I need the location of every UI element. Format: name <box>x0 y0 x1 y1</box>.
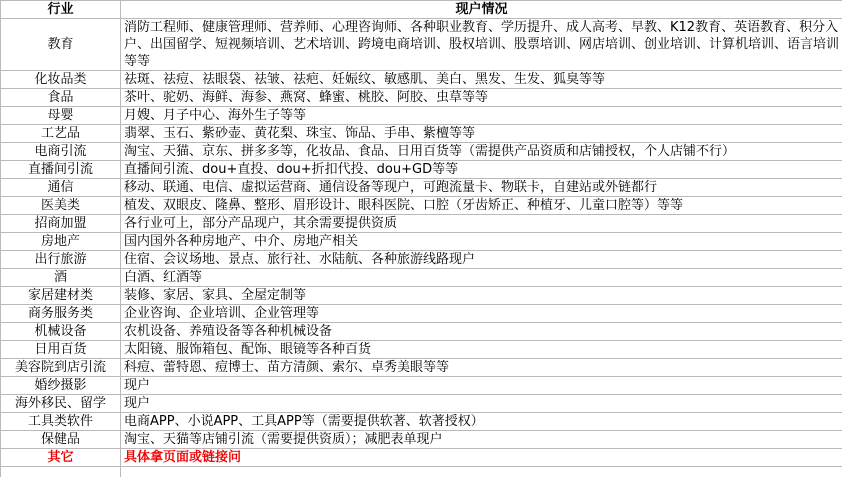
situation-cell[interactable]: 太阳镜、服饰箱包、配饰、眼镜等各种百货 <box>121 341 842 359</box>
table-row: 商务服务类企业咨询、企业培训、企业管理等 <box>1 305 842 323</box>
industry-cell[interactable]: 日用百货 <box>1 341 121 359</box>
situation-cell[interactable]: 翡翠、玉石、紫砂壶、黄花梨、珠宝、饰品、手串、紫檀等等 <box>121 125 842 143</box>
table-row: 日用百货太阳镜、服饰箱包、配饰、眼镜等各种百货 <box>1 341 842 359</box>
industry-cell[interactable]: 保健品 <box>1 431 121 449</box>
industry-cell[interactable]: 机械设备 <box>1 323 121 341</box>
situation-cell[interactable]: 淘宝、天猫、京东、拼多多等，化妆品、食品、日用百货等（需提供产品资质和店铺授权，… <box>121 143 842 161</box>
table-row: 婚纱摄影现户 <box>1 377 842 395</box>
situation-cell[interactable]: 淘宝、天猫等店铺引流（需要提供资质）；减肥表单现户 <box>121 431 842 449</box>
industry-cell[interactable]: 教育 <box>1 19 121 71</box>
situation-cell[interactable]: 月嫂、月子中心、海外生子等等 <box>121 107 842 125</box>
table-row: 化妆品类祛斑、祛痘、祛眼袋、祛皱、祛疤、妊娠纹、敏感肌、美白、黑发、生发、狐臭等… <box>1 71 842 89</box>
situation-cell[interactable]: 科痘、蕾特恩、痘博士、苗方清颜、索尔、卓秀美眼等等 <box>121 359 842 377</box>
table-row: 食品茶叶、驼奶、海鲜、海参、燕窝、蜂蜜、桃胶、阿胶、虫草等等 <box>1 89 842 107</box>
table-row: 工具类软件电商APP、小说APP、工具APP等（需要提供软著、软著授权） <box>1 413 842 431</box>
table-row: 教育消防工程师、健康管理师、营养师、心理咨询师、各种职业教育、学历提升、成人高考… <box>1 19 842 71</box>
situation-cell[interactable]: 各行业可上，部分产品现户，其余需要提供资质 <box>121 215 842 233</box>
industry-cell[interactable]: 出行旅游 <box>1 251 121 269</box>
table-row: 工艺品翡翠、玉石、紫砂壶、黄花梨、珠宝、饰品、手串、紫檀等等 <box>1 125 842 143</box>
situation-cell[interactable]: 直播间引流、dou+直投、dou+折扣代投、dou+GD等等 <box>121 161 842 179</box>
situation-cell[interactable]: 农机设备、养殖设备等各种机械设备 <box>121 323 842 341</box>
industry-cell[interactable]: 电商引流 <box>1 143 121 161</box>
industry-table: 行业 现户情况 教育消防工程师、健康管理师、营养师、心理咨询师、各种职业教育、学… <box>0 0 842 467</box>
table-row: 招商加盟各行业可上，部分产品现户，其余需要提供资质 <box>1 215 842 233</box>
table-row: 海外移民、留学现户 <box>1 395 842 413</box>
situation-cell[interactable]: 企业咨询、企业培训、企业管理等 <box>121 305 842 323</box>
table-row: 电商引流淘宝、天猫、京东、拼多多等，化妆品、食品、日用百货等（需提供产品资质和店… <box>1 143 842 161</box>
situation-cell[interactable]: 住宿、会议场地、景点、旅行社、水陆航、各种旅游线路现户 <box>121 251 842 269</box>
header-situation: 现户情况 <box>121 1 842 19</box>
industry-cell[interactable]: 食品 <box>1 89 121 107</box>
industry-cell[interactable]: 化妆品类 <box>1 71 121 89</box>
situation-cell[interactable]: 茶叶、驼奶、海鲜、海参、燕窝、蜂蜜、桃胶、阿胶、虫草等等 <box>121 89 842 107</box>
industry-cell[interactable]: 酒 <box>1 269 121 287</box>
situation-cell[interactable]: 现户 <box>121 377 842 395</box>
industry-cell[interactable]: 房地产 <box>1 233 121 251</box>
situation-cell[interactable]: 消防工程师、健康管理师、营养师、心理咨询师、各种职业教育、学历提升、成人高考、早… <box>121 19 842 71</box>
situation-cell[interactable]: 白酒、红酒等 <box>121 269 842 287</box>
table-row: 美容院到店引流科痘、蕾特恩、痘博士、苗方清颜、索尔、卓秀美眼等等 <box>1 359 842 377</box>
industry-cell[interactable]: 家居建材类 <box>1 287 121 305</box>
industry-cell[interactable]: 海外移民、留学 <box>1 395 121 413</box>
header-industry: 行业 <box>1 1 121 19</box>
industry-cell[interactable]: 其它 <box>1 449 121 467</box>
industry-cell[interactable]: 医美类 <box>1 197 121 215</box>
situation-cell[interactable]: 植发、双眼皮、隆鼻、整形、眉形设计、眼科医院、口腔（牙齿矫正、种植牙、儿童口腔等… <box>121 197 842 215</box>
industry-cell[interactable]: 美容院到店引流 <box>1 359 121 377</box>
situation-cell[interactable]: 祛斑、祛痘、祛眼袋、祛皱、祛疤、妊娠纹、敏感肌、美白、黑发、生发、狐臭等等 <box>121 71 842 89</box>
table-row: 医美类植发、双眼皮、隆鼻、整形、眉形设计、眼科医院、口腔（牙齿矫正、种植牙、儿童… <box>1 197 842 215</box>
situation-cell[interactable]: 国内国外各种房地产、中介、房地产相关 <box>121 233 842 251</box>
table-body: 教育消防工程师、健康管理师、营养师、心理咨询师、各种职业教育、学历提升、成人高考… <box>1 19 842 467</box>
situation-cell[interactable]: 移动、联通、电信、虚拟运营商、通信设备等现户，可跑流量卡、物联卡，自建站或外链都… <box>121 179 842 197</box>
table-row: 母婴月嫂、月子中心、海外生子等等 <box>1 107 842 125</box>
situation-cell[interactable]: 装修、家居、家具、全屋定制等 <box>121 287 842 305</box>
industry-cell[interactable]: 招商加盟 <box>1 215 121 233</box>
table-row: 其它具体拿页面或链接问 <box>1 449 842 467</box>
industry-cell[interactable]: 婚纱摄影 <box>1 377 121 395</box>
industry-cell[interactable]: 商务服务类 <box>1 305 121 323</box>
table-row: 家居建材类装修、家居、家具、全屋定制等 <box>1 287 842 305</box>
situation-cell[interactable]: 具体拿页面或链接问 <box>121 449 842 467</box>
table-row: 保健品淘宝、天猫等店铺引流（需要提供资质）；减肥表单现户 <box>1 431 842 449</box>
empty-row-partial <box>0 467 121 477</box>
situation-cell[interactable]: 现户 <box>121 395 842 413</box>
industry-cell[interactable]: 母婴 <box>1 107 121 125</box>
industry-cell[interactable]: 工具类软件 <box>1 413 121 431</box>
industry-cell[interactable]: 工艺品 <box>1 125 121 143</box>
table-row: 机械设备农机设备、养殖设备等各种机械设备 <box>1 323 842 341</box>
industry-cell[interactable]: 通信 <box>1 179 121 197</box>
industry-cell[interactable]: 直播间引流 <box>1 161 121 179</box>
table-row: 房地产国内国外各种房地产、中介、房地产相关 <box>1 233 842 251</box>
situation-cell[interactable]: 电商APP、小说APP、工具APP等（需要提供软著、软著授权） <box>121 413 842 431</box>
table-row: 出行旅游住宿、会议场地、景点、旅行社、水陆航、各种旅游线路现户 <box>1 251 842 269</box>
header-row: 行业 现户情况 <box>1 1 842 19</box>
table-row: 直播间引流直播间引流、dou+直投、dou+折扣代投、dou+GD等等 <box>1 161 842 179</box>
table-row: 酒白酒、红酒等 <box>1 269 842 287</box>
table-row: 通信移动、联通、电信、虚拟运营商、通信设备等现户，可跑流量卡、物联卡，自建站或外… <box>1 179 842 197</box>
